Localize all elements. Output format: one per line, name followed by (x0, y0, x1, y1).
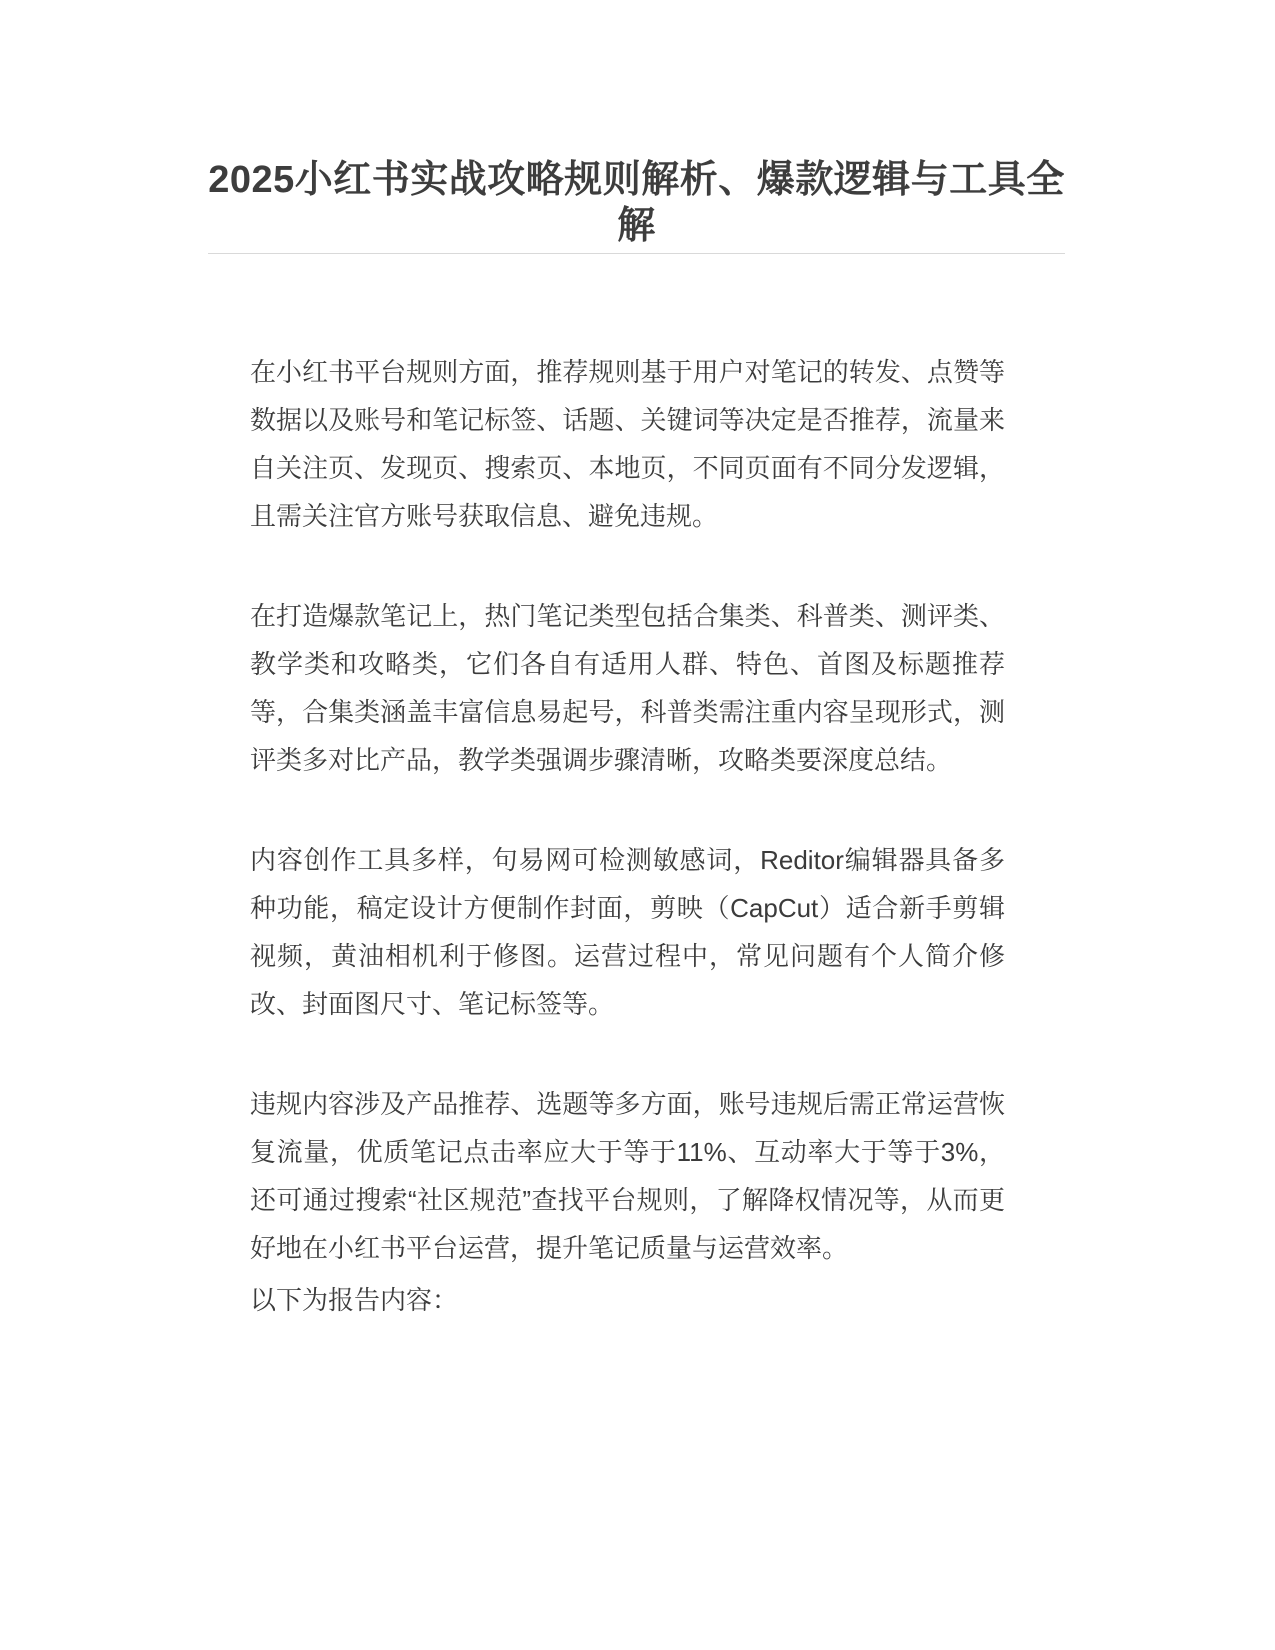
document-page: 2025小红书实战攻略规则解析、爆款逻辑与工具全解 在小红书平台规则方面，推荐规… (208, 0, 1065, 1324)
paragraph-platform-rules: 在小红书平台规则方面，推荐规则基于用户对笔记的转发、点赞等数据以及账号和笔记标签… (250, 348, 1005, 540)
paragraph-creation-tools: 内容创作工具多样，句易网可检测敏感词，Reditor编辑器具备多种功能，稿定设计… (250, 836, 1005, 1028)
paragraph-hot-note-types: 在打造爆款笔记上，热门笔记类型包括合集类、科普类、测评类、教学类和攻略类，它们各… (250, 592, 1005, 784)
paragraph-report-intro: 以下为报告内容： (250, 1276, 1005, 1324)
paragraph-violations-metrics: 违规内容涉及产品推荐、选题等多方面，账号违规后需正常运营恢复流量，优质笔记点击率… (250, 1080, 1005, 1272)
document-body: 在小红书平台规则方面，推荐规则基于用户对笔记的转发、点赞等数据以及账号和笔记标签… (208, 254, 1065, 1324)
page-title: 2025小红书实战攻略规则解析、爆款逻辑与工具全解 (208, 157, 1065, 254)
